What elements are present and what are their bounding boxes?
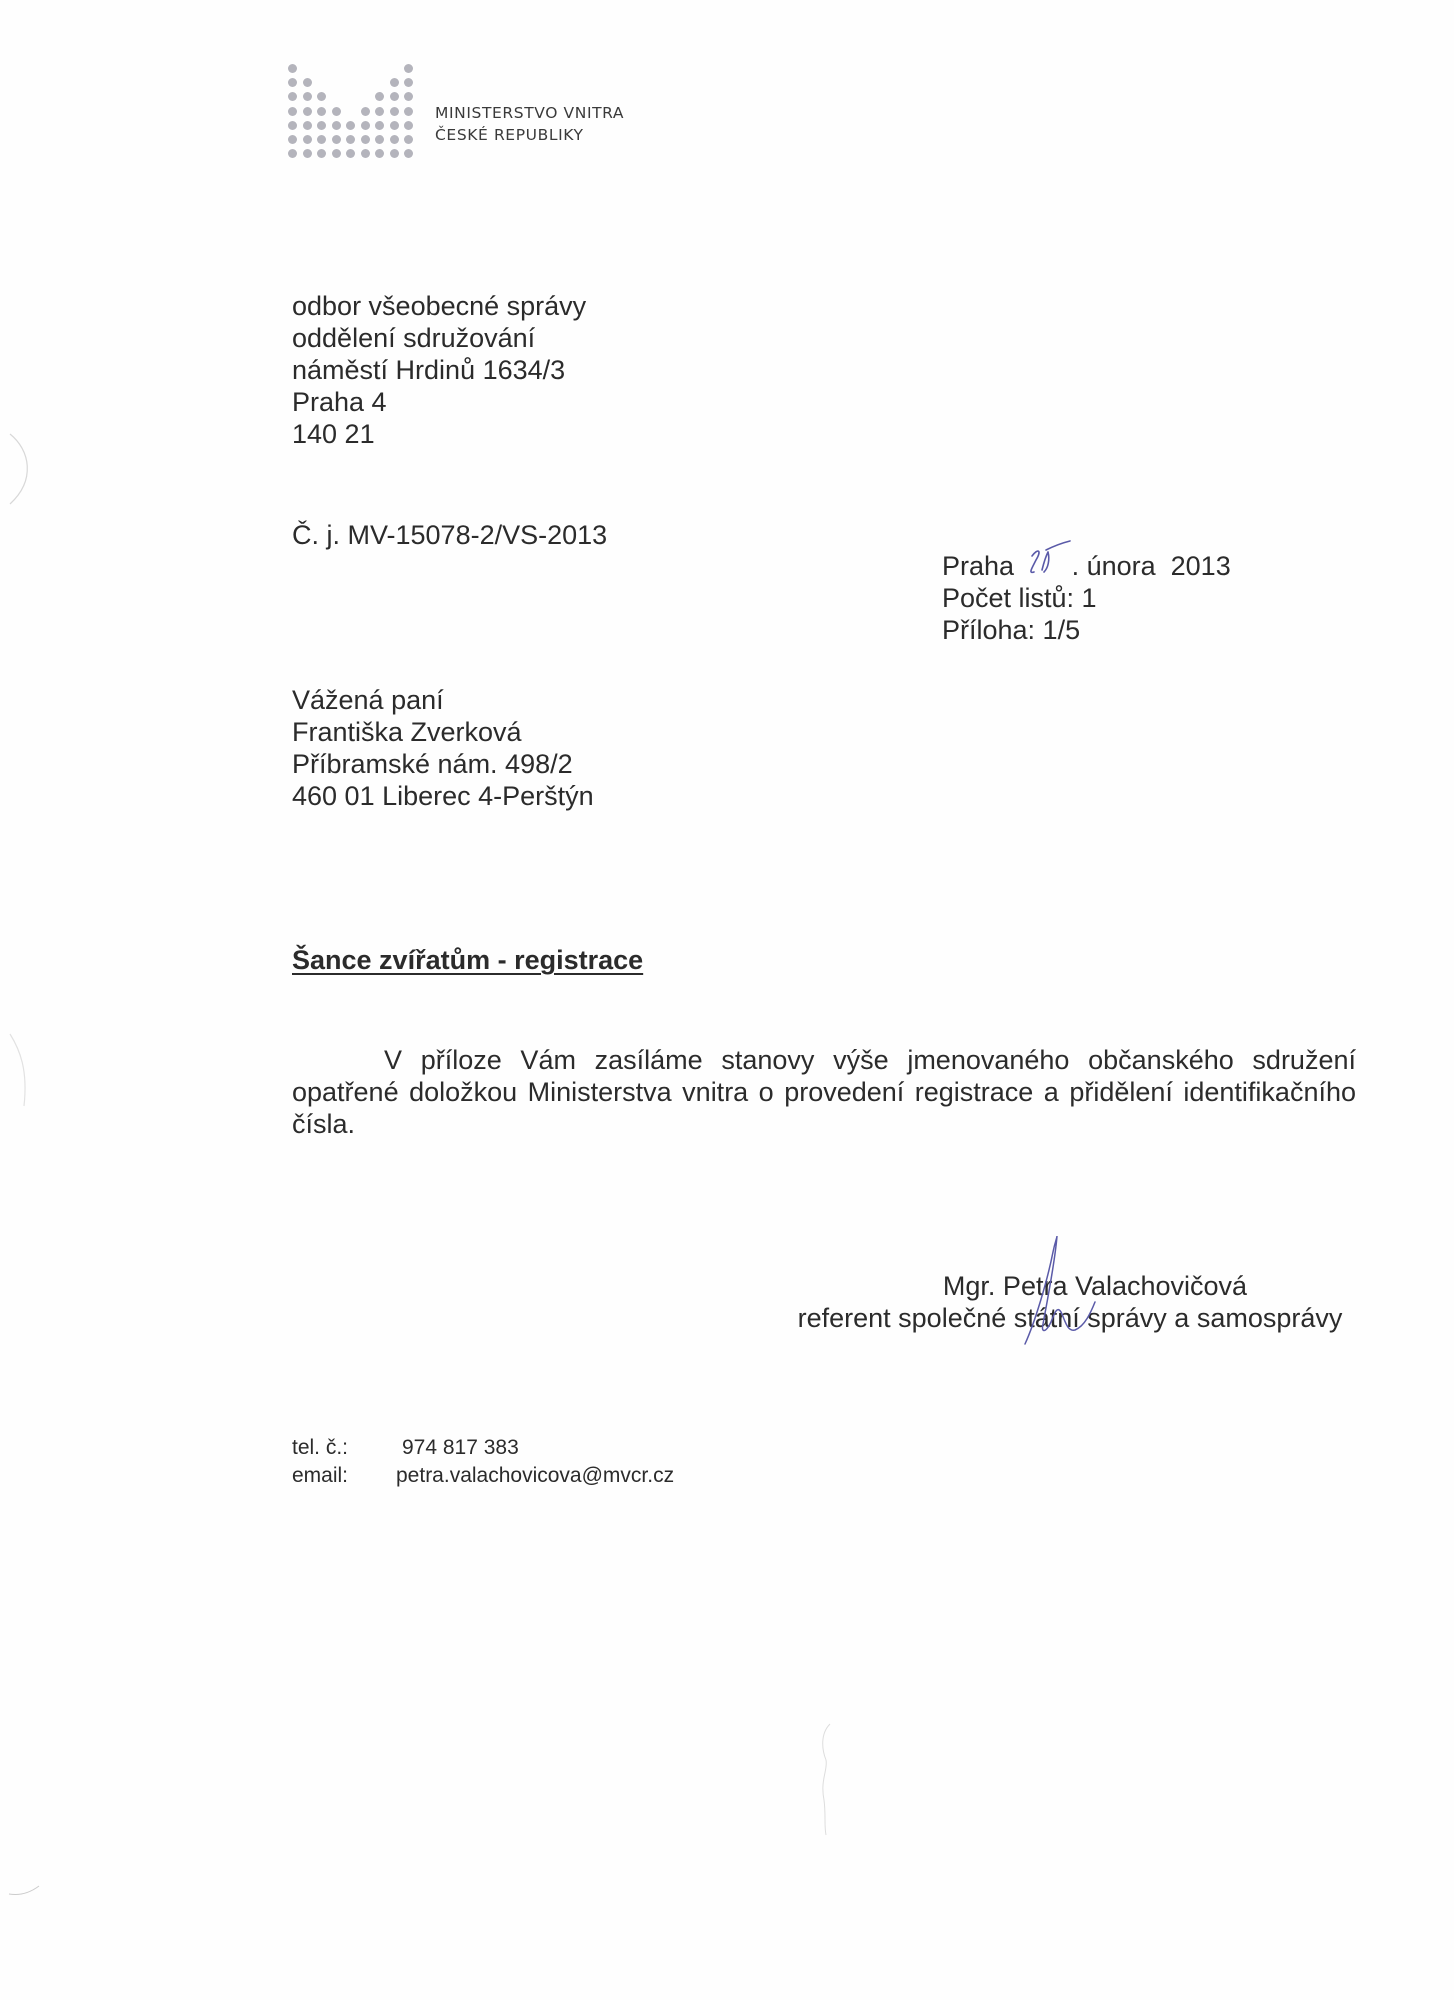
recipient-address: Vážená paní Františka Zverková Příbramsk… bbox=[292, 684, 594, 812]
logo-dot bbox=[390, 92, 399, 101]
sender-address: odbor všeobecné správy oddělení sdružová… bbox=[292, 290, 586, 450]
reference-number: Č. j. MV-15078-2/VS-2013 bbox=[292, 519, 607, 551]
logo-dot bbox=[390, 107, 399, 116]
attachment-count: Příloha: 1/5 bbox=[942, 614, 1231, 646]
logo-dot bbox=[404, 121, 413, 130]
scan-mark-icon bbox=[0, 430, 40, 510]
email-address: petra.valachovicova@mvcr.cz bbox=[396, 1464, 674, 1487]
org-name-line-2: ČESKÉ REPUBLIKY bbox=[435, 124, 624, 146]
logo-dot bbox=[375, 107, 384, 116]
logo-dot bbox=[288, 121, 297, 130]
logo-dot bbox=[361, 149, 370, 158]
logo-dot bbox=[303, 149, 312, 158]
ministry-logo-icon bbox=[288, 64, 418, 174]
date-month-year: . února 2013 bbox=[1072, 551, 1231, 581]
logo-dot bbox=[404, 92, 413, 101]
logo-dot bbox=[288, 92, 297, 101]
logo-dot bbox=[332, 149, 341, 158]
subject-heading: Šance zvířatům - registrace bbox=[292, 944, 643, 976]
org-name-line-1: MINISTERSTVO VNITRA bbox=[435, 102, 624, 124]
recipient-city: 460 01 Liberec 4-Perštýn bbox=[292, 780, 594, 812]
logo-dot bbox=[317, 92, 326, 101]
logo-dot bbox=[404, 107, 413, 116]
logo-dot bbox=[332, 135, 341, 144]
scan-mark-icon bbox=[5, 1880, 45, 1900]
salutation: Vážená paní bbox=[292, 684, 594, 716]
scan-mark-icon bbox=[810, 1720, 840, 1840]
letterhead-org-name: MINISTERSTVO VNITRA ČESKÉ REPUBLIKY bbox=[435, 102, 624, 146]
sender-line: náměstí Hrdinů 1634/3 bbox=[292, 354, 586, 386]
sender-line: oddělení sdružování bbox=[292, 322, 586, 354]
logo-dot bbox=[288, 78, 297, 87]
logo-dot bbox=[288, 135, 297, 144]
email-label: email: bbox=[292, 1462, 396, 1490]
logo-dot bbox=[303, 78, 312, 87]
logo-dot bbox=[303, 107, 312, 116]
logo-dot bbox=[317, 121, 326, 130]
logo-dot bbox=[361, 107, 370, 116]
logo-dot bbox=[375, 135, 384, 144]
logo-dot bbox=[303, 92, 312, 101]
logo-dot bbox=[404, 149, 413, 158]
logo-dot bbox=[404, 64, 413, 73]
logo-dot bbox=[288, 64, 297, 73]
contact-block: tel. č.:974 817 383 email:petra.valachov… bbox=[292, 1434, 674, 1490]
contact-phone-row: tel. č.:974 817 383 bbox=[292, 1434, 674, 1462]
logo-dot bbox=[346, 135, 355, 144]
logo-dot bbox=[303, 121, 312, 130]
date-place: Praha bbox=[942, 551, 1014, 581]
logo-dot bbox=[404, 135, 413, 144]
logo-dot bbox=[375, 149, 384, 158]
logo-dot bbox=[288, 107, 297, 116]
body-paragraph: V příloze Vám zasíláme stanovy výše jmen… bbox=[292, 1044, 1356, 1140]
logo-dot bbox=[390, 78, 399, 87]
sender-line: odbor všeobecné správy bbox=[292, 290, 586, 322]
date-block: Praha . února 2013 Počet listů: 1 Příloh… bbox=[942, 550, 1231, 646]
logo-dot bbox=[361, 121, 370, 130]
phone-number: 974 817 383 bbox=[402, 1436, 519, 1459]
sender-line: Praha 4 bbox=[292, 386, 586, 418]
letter-page: MINISTERSTVO VNITRA ČESKÉ REPUBLIKY odbo… bbox=[0, 0, 1454, 2000]
signatory-title: referent společné státní správy a samosp… bbox=[780, 1302, 1360, 1334]
logo-dot bbox=[361, 135, 370, 144]
logo-dot bbox=[303, 135, 312, 144]
logo-dot bbox=[317, 149, 326, 158]
logo-dot bbox=[390, 121, 399, 130]
date-line: Praha . února 2013 bbox=[942, 550, 1231, 582]
logo-dot bbox=[332, 107, 341, 116]
sheet-count: Počet listů: 1 bbox=[942, 582, 1231, 614]
handwritten-day-scribble-icon bbox=[1024, 540, 1074, 580]
sender-line: 140 21 bbox=[292, 418, 586, 450]
recipient-name: Františka Zverková bbox=[292, 716, 594, 748]
logo-dot bbox=[404, 78, 413, 87]
logo-dot bbox=[375, 121, 384, 130]
logo-dot bbox=[390, 149, 399, 158]
phone-label: tel. č.: bbox=[292, 1434, 402, 1462]
logo-dot bbox=[317, 107, 326, 116]
logo-dot bbox=[346, 121, 355, 130]
logo-dot bbox=[346, 149, 355, 158]
logo-dot bbox=[375, 92, 384, 101]
signatory-name: Mgr. Petra Valachovičová bbox=[780, 1270, 1360, 1302]
logo-dot bbox=[332, 121, 341, 130]
contact-email-row: email:petra.valachovicova@mvcr.cz bbox=[292, 1462, 674, 1490]
logo-dot bbox=[390, 135, 399, 144]
scan-mark-icon bbox=[0, 1030, 40, 1120]
recipient-street: Příbramské nám. 498/2 bbox=[292, 748, 594, 780]
logo-dot bbox=[288, 149, 297, 158]
logo-dot bbox=[317, 135, 326, 144]
signature-block: Mgr. Petra Valachovičová referent společ… bbox=[780, 1270, 1360, 1334]
